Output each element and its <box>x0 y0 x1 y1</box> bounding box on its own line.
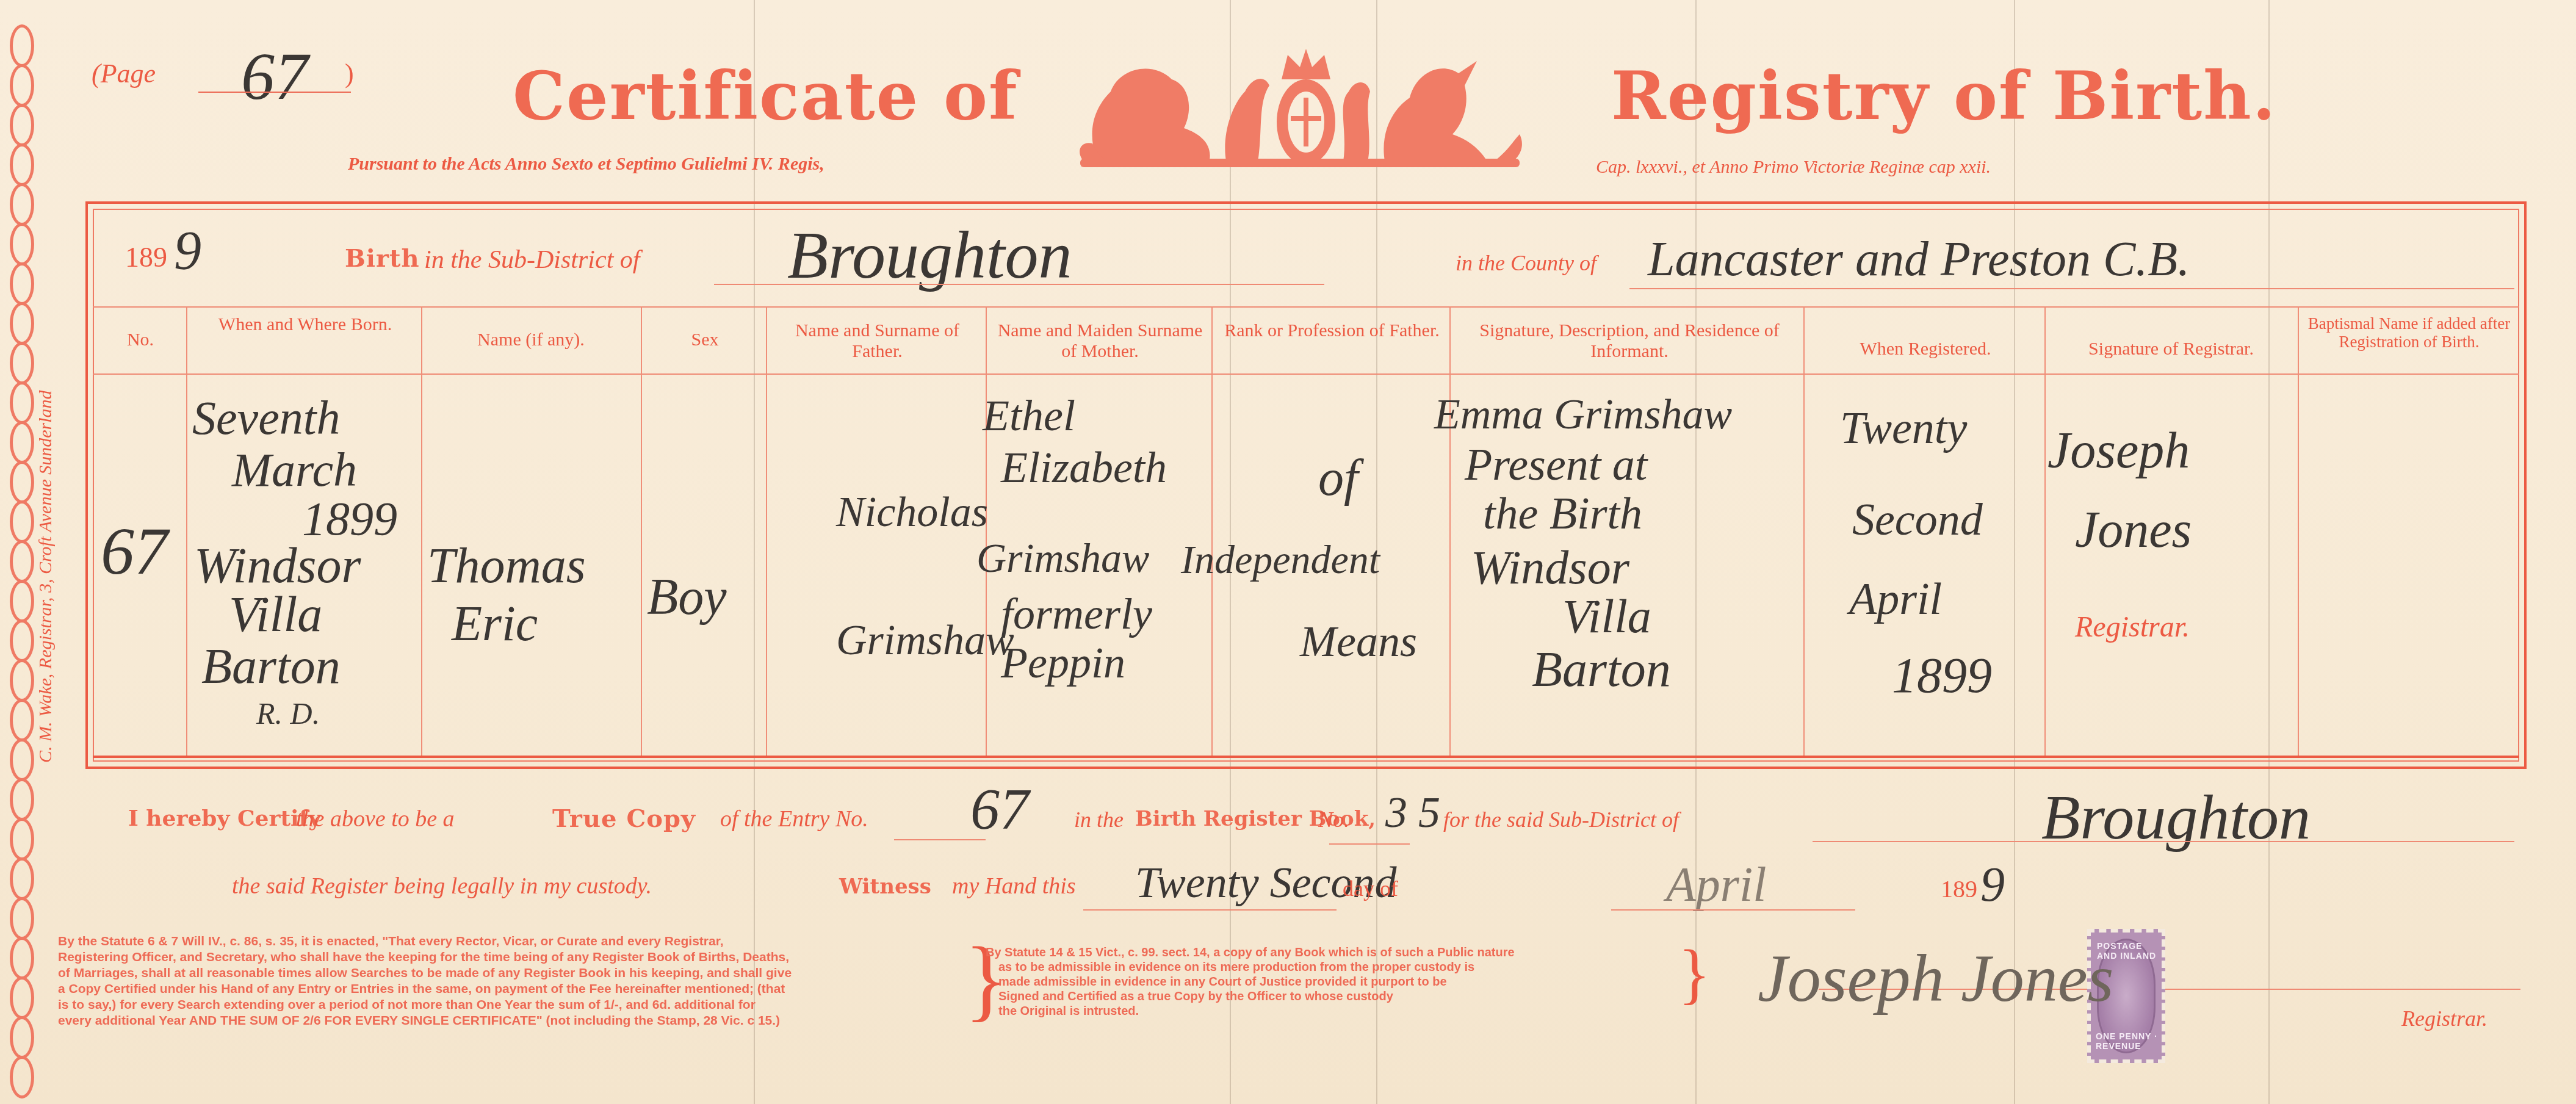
mother-name-line: formerly <box>1001 589 1152 640</box>
column-header-sex: Sex <box>647 330 763 350</box>
mother-name-line: Elizabeth <box>1001 442 1167 493</box>
certified-entry-number[interactable]: 67 <box>970 775 1029 843</box>
custody-statement: the said Register being legally in my cu… <box>232 873 652 900</box>
title-left: Certificate of <box>513 58 1018 135</box>
day-underline <box>1083 909 1337 911</box>
hand-this-label: my Hand this <box>952 873 1076 900</box>
header-bottom-rule <box>93 373 2519 375</box>
subtitle-right: Cap. lxxxvi., et Anno Primo Victoriæ Reg… <box>1596 157 1991 178</box>
sub-district-cert-underline <box>1813 841 2514 842</box>
statute-line: Signed and Certified as a true Copy by t… <box>998 989 1393 1005</box>
witness-label: Witness <box>839 875 931 899</box>
certified-month[interactable]: April <box>1666 857 1766 913</box>
table-bottom-rule <box>93 756 2519 758</box>
informant-line: Windsor <box>1471 540 1629 595</box>
birth-label: Birth <box>345 244 420 273</box>
column-divider <box>421 306 422 756</box>
entry-no-label: of the Entry No. <box>720 806 868 832</box>
father-name-line: Nicholas <box>836 488 988 537</box>
statute-line: the Original is intrusted. <box>998 1003 1139 1019</box>
born-line: Villa <box>229 586 322 643</box>
rank-line: of <box>1318 449 1358 508</box>
registrar-signature-line: Joseph <box>2047 421 2190 480</box>
statute-line: made admissible in evidence in any Court… <box>998 974 1447 990</box>
registrar-certifying-signature[interactable]: Joseph Jones <box>1758 940 2113 1017</box>
column-divider <box>186 306 187 756</box>
page-label: (Page <box>92 58 156 89</box>
year-printed: 189 <box>125 241 167 273</box>
month-underline <box>1611 909 1855 911</box>
column-header-baptismal-name: Baptismal Name if added after Registrati… <box>2301 314 2517 351</box>
registered-line: April <box>1849 574 1942 626</box>
column-header-informant: Signature, Description, and Residence of… <box>1459 320 1800 362</box>
certify-text: the above to be a <box>296 806 455 832</box>
certify-phrase: I hereby Certify <box>128 806 321 831</box>
informant-line: Present at <box>1465 439 1647 491</box>
royal-coat-of-arms-icon <box>1062 43 1538 171</box>
statute-line: as to be admissible in evidence on its m… <box>998 959 1474 975</box>
register-table-inner-frame <box>93 209 2519 762</box>
mother-name-line: Grimshaw <box>976 534 1149 582</box>
statute-line: Registering Officer, and Secretary, who … <box>58 950 789 965</box>
column-header-registrar-signature: Signature of Registrar. <box>2047 339 2295 359</box>
informant-line: Barton <box>1532 641 1671 698</box>
page-number: 67 <box>241 38 308 115</box>
register-book-number[interactable]: 35 <box>1385 787 1451 838</box>
brace-icon: } <box>1678 940 1711 1007</box>
entry-number[interactable]: 67 <box>101 513 168 590</box>
mother-name-line: Ethel <box>983 391 1075 441</box>
column-header-rank-profession: Rank or Profession of Father. <box>1218 320 1446 341</box>
certify-text: in the <box>1074 807 1124 832</box>
born-line: R. D. <box>256 696 320 731</box>
entry-no-underline <box>894 839 986 840</box>
column-divider <box>2044 306 2046 756</box>
informant-line: Emma Grimshaw <box>1434 391 1732 439</box>
entry-sex[interactable]: Boy <box>647 568 727 627</box>
registered-line: 1899 <box>1892 647 1992 704</box>
registrar-label: Registrar. <box>2401 1006 2488 1031</box>
year-handwritten: 9 <box>174 220 201 283</box>
born-line: Seventh <box>192 391 341 446</box>
true-copy-label: True Copy <box>552 804 696 833</box>
mother-name-line: Peppin <box>1001 638 1125 688</box>
rank-line: Independent <box>1181 537 1380 583</box>
rank-line: Means <box>1300 616 1417 667</box>
statute-line: of Marriages, shall at all reasonable ti… <box>58 965 792 981</box>
column-header-name: Name (if any). <box>427 330 635 350</box>
column-divider <box>1803 306 1805 756</box>
registrar-signature-line: Jones <box>2075 500 2192 560</box>
statute-line: By Statute 14 & 15 Vict., c. 99. sect. 1… <box>986 945 1515 961</box>
column-divider <box>1211 306 1213 756</box>
page-underline <box>198 92 351 93</box>
child-name-line: Eric <box>452 595 538 652</box>
registered-line: Second <box>1852 494 1983 546</box>
certify-text: for the said Sub-District of <box>1443 807 1679 832</box>
certified-sub-district[interactable]: Broughton <box>2041 781 2311 854</box>
county-label: in the County of <box>1456 250 1596 276</box>
county-underline <box>1629 288 2514 289</box>
cert-year-handwritten[interactable]: 9 <box>1980 857 2005 913</box>
day-of-label: day of <box>1343 876 1398 901</box>
column-header-when-registered: When Registered. <box>1809 339 2041 359</box>
born-line: March <box>232 442 357 497</box>
county-value[interactable]: Lancaster and Preston C.B. <box>1648 232 2190 287</box>
sub-district-value[interactable]: Broughton <box>787 217 1072 294</box>
father-name-line: Grimshaw <box>836 616 1014 665</box>
cert-year-printed: 189 <box>1941 875 1977 903</box>
statute-line: is to say,) for every Search extending o… <box>58 997 756 1013</box>
title-right: Registry of Birth. <box>1611 58 2276 135</box>
registrar-title: Registrar. <box>2075 610 2190 644</box>
child-name-line: Thomas <box>427 537 586 594</box>
informant-line: the Birth <box>1483 488 1642 540</box>
statute-line: a Copy Certified under his Hand of any E… <box>58 981 785 997</box>
column-header-father: Name and Surname of Father. <box>772 320 983 362</box>
entry-baptismal-name[interactable] <box>2301 378 2517 754</box>
informant-line: Villa <box>1562 589 1651 644</box>
column-header-no: No. <box>95 330 186 350</box>
stamp-bottom-text: ONE PENNY · REVENUE <box>2096 1031 2162 1051</box>
subtitle-left: Pursuant to the Acts Anno Sexto et Septi… <box>348 154 824 175</box>
born-line: Barton <box>201 638 341 695</box>
column-header-mother: Name and Maiden Surname of Mother. <box>992 320 1208 362</box>
column-divider <box>2298 306 2299 756</box>
sub-district-underline <box>714 284 1324 285</box>
column-divider <box>766 306 767 756</box>
registered-line: Twenty <box>1840 403 1967 455</box>
book-no-underline <box>1329 843 1410 845</box>
statute-line: every additional Year AND THE SUM OF 2/6… <box>58 1013 780 1029</box>
book-no-label: No. <box>1318 807 1349 832</box>
column-header-when-where-born: When and Where Born. <box>195 314 415 335</box>
sub-district-label: in the Sub-District of <box>424 245 640 275</box>
column-divider <box>641 306 642 756</box>
column-divider <box>1449 306 1451 756</box>
printer-imprint: C. M. Wake, Registrar, 3, Croft Avenue S… <box>35 390 56 763</box>
page-close: ) <box>345 58 354 89</box>
header-top-rule <box>93 306 2519 308</box>
statute-line: By the Statute 6 & 7 Will IV., c. 86, s.… <box>58 934 724 950</box>
